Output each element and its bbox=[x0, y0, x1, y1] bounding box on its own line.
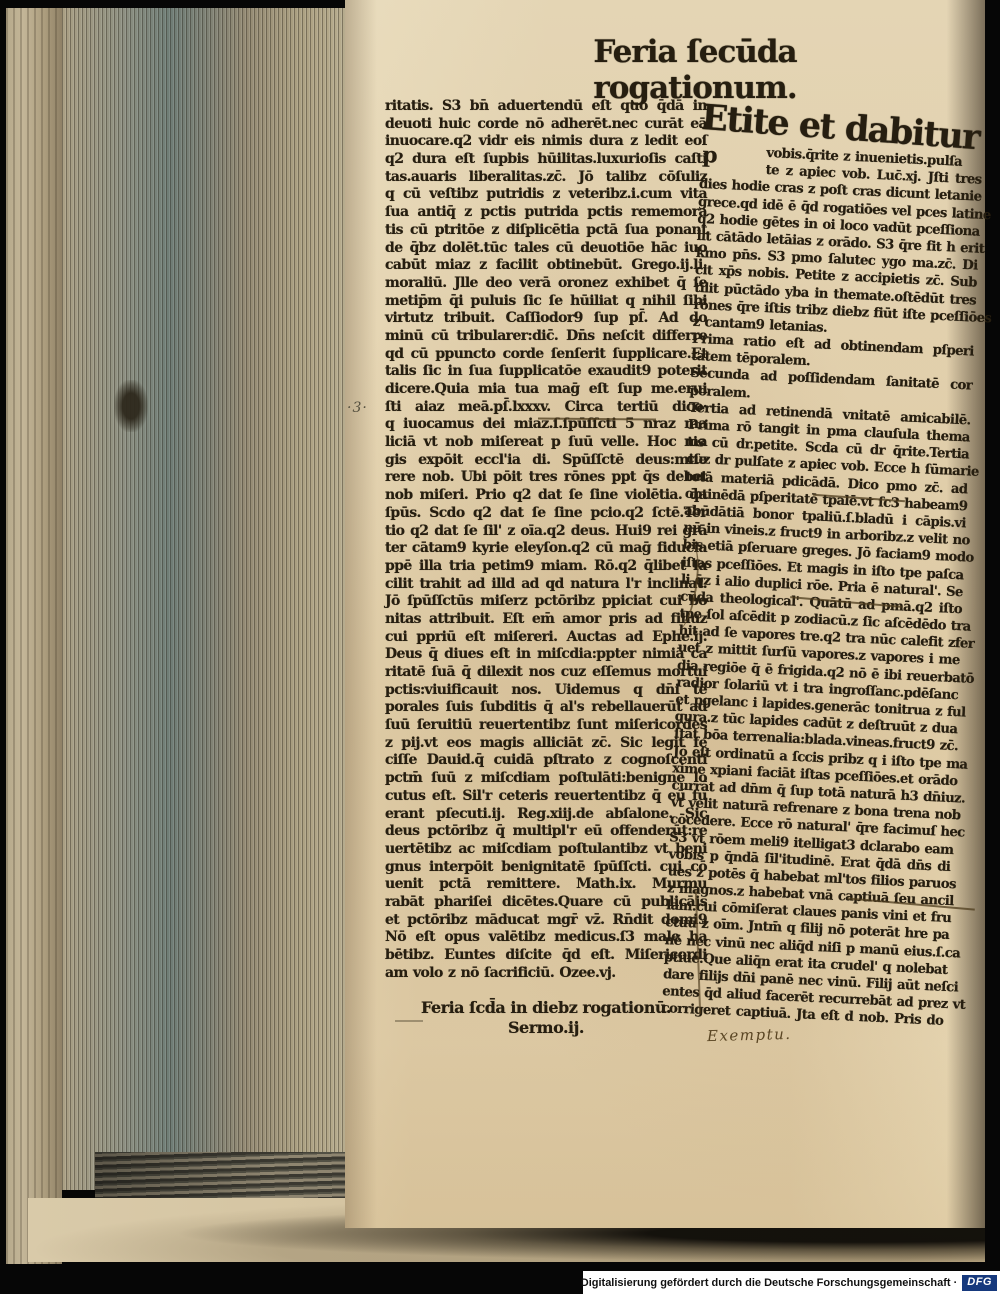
fore-edge-stain bbox=[114, 380, 148, 432]
text-line: cutus eſt. Sil'r ceteris reuertentibz q̄… bbox=[385, 788, 707, 806]
text-line: rabāt phariſei dicētes.Quare cū publicāi… bbox=[385, 894, 707, 912]
text-line: de q̄bz dolēt.tūc tales cū deuotiōe hāc … bbox=[385, 240, 707, 258]
text-line: pctis:viuificauit nos. Uidemus q dn̄i tē bbox=[385, 682, 707, 700]
footer-credit-bar: Digitalisierung gefördert durch die Deut… bbox=[583, 1271, 1000, 1294]
text-line: ter cātam9 kyrie eleyſon.q2 cū maḡ fiduc… bbox=[385, 540, 707, 558]
right-text-column: Etite et dabitur p vobis.q̄rite z inueni… bbox=[661, 96, 985, 1030]
right-column-body: dies hodie cras z poſt cras dicunt letan… bbox=[661, 176, 981, 1030]
text-line: nob miſeri. Prio q2 dat ſe ſine violētia… bbox=[385, 487, 707, 505]
text-line: deuoti huic corde nō adherēt.nec curāt e… bbox=[385, 116, 707, 134]
text-line: tas.auaris liberalitas.zc̄. Jō talibz cō… bbox=[385, 169, 707, 187]
text-line: inuocare.q2 vidr eis nimis dura z ledit … bbox=[385, 133, 707, 151]
handwritten-annotation: Exemptu. bbox=[707, 1025, 792, 1045]
text-line: rere nob. Ubi pōit tres rōnes ppt q̄s de… bbox=[385, 469, 707, 487]
text-line: cilit trahit ad illd ad qd natura l'r in… bbox=[385, 576, 707, 594]
text-line: dicere.Quia mia tua maḡ eſt ſup me.erui bbox=[385, 381, 707, 399]
text-line: et pctōribz māducat mgr̄ vz̄. Rn̄dit dom… bbox=[385, 912, 707, 930]
text-line: ſua antiq̄ z pctis putrida pctis rememor… bbox=[385, 204, 707, 222]
left-text-column: ritatis. S3 bn̄ aduertendū eſt quō q̄dā … bbox=[385, 98, 707, 982]
drop-initial: p bbox=[702, 142, 719, 169]
credit-text: Digitalisierung gefördert durch die Deut… bbox=[581, 1277, 958, 1289]
ink-dash bbox=[395, 1020, 423, 1022]
book-cover-edge-left bbox=[6, 8, 62, 1264]
text-line: virtutz tribuit. Caſſiodor9 ſup pſ̄. Ad … bbox=[385, 310, 707, 328]
text-line: uertētibz ac miſcdiam poſtulantibz vt be… bbox=[385, 841, 707, 859]
text-line: uenit pctā remittere. Math.ix. Murmu bbox=[385, 876, 707, 894]
text-line: liciā vt nob miſereat p ſuū velle. Hoc m… bbox=[385, 434, 707, 452]
text-line: q cū veſtibz putridis z veteribz.i.cum v… bbox=[385, 186, 707, 204]
text-line: moraliū. Jlle deo verā oronez exhibet q̄… bbox=[385, 275, 707, 293]
text-line: pctm̄ ſuū z miſcdiam poſtulāti:benigne l… bbox=[385, 770, 707, 788]
dfg-logo: DFG bbox=[962, 1275, 997, 1291]
text-line: ciſſe Dauid.q̄ cuidā pſtrato z cognoſcen… bbox=[385, 752, 707, 770]
text-line: ſpūs. Scdo q2 dat ſe ſine pcio.q2 ſctē.T… bbox=[385, 505, 707, 523]
text-line: tio q2 dat ſe ſil' z oīa.q2 deus. Hui9 r… bbox=[385, 523, 707, 541]
text-line: cui ppriū eſt miſereri. Auctas ad Ephe.i… bbox=[385, 629, 707, 647]
text-line: ritatē ſuā q̄ dilexit nos cuz eſſemus mo… bbox=[385, 664, 707, 682]
running-header: Feria ſecūda rogationum. bbox=[495, 34, 895, 106]
colophon-line: Feria ſcd̄a in diebz rogationū. bbox=[385, 998, 707, 1018]
text-line: am volo z nō ſacrificiū. Ozee.vj. bbox=[385, 965, 707, 983]
text-line: ppē illa tria petim9 miam. Rō.q2 q̄libet… bbox=[385, 558, 707, 576]
text-line: bētibz. Euntes diſcite q̄d eſt. Miſerico… bbox=[385, 947, 707, 965]
colophon: Feria ſcd̄a in diebz rogationū. Sermo.ij… bbox=[385, 998, 707, 1038]
book-page: Feria ſecūda rogationum. ritatis. S3 bn̄… bbox=[345, 0, 985, 1228]
text-line: deus pctōribz q̄ multipl'r eū offenderūt… bbox=[385, 823, 707, 841]
text-line: q2 dura eſt ſupbis hūilitas.luxurioſis c… bbox=[385, 151, 707, 169]
text-line: Nō eſt opus valētibz medicus.ſ3 male ha bbox=[385, 929, 707, 947]
colophon-line: Sermo.ij. bbox=[385, 1018, 707, 1038]
text-line: ſti aiaz meā.pſ̄.lxxxv. Circa tertiū dic… bbox=[385, 399, 707, 417]
text-line: ritatis. S3 bn̄ aduertendū eſt quō q̄dā … bbox=[385, 98, 707, 116]
text-line: ſuū ſeruitiū reuertentibz ſunt miſericor… bbox=[385, 717, 707, 735]
text-line: qd cū ppuncto corde ſenſerit ſupplicare.… bbox=[385, 346, 707, 364]
text-line: porales ſuis ſubditis q̄ al's rebellauer… bbox=[385, 699, 707, 717]
text-line: gis expōit eccl'ia di. Spūſſctē deus:miſ… bbox=[385, 452, 707, 470]
folio-annotation: ·3· bbox=[347, 400, 368, 416]
text-line: nitas attribuit. Eſt em̄ amor pris ad fi… bbox=[385, 611, 707, 629]
text-line: Jō ſpūſſctūs miſerz pctōribz ppiciat cui… bbox=[385, 593, 707, 611]
text-line: Deus q̄ diues eſt in miſcdia:ppter nimiā… bbox=[385, 646, 707, 664]
text-line: minū cū tribularer:dic̄. Dn̄s neſcit dif… bbox=[385, 328, 707, 346]
book-fore-edge bbox=[62, 8, 346, 1190]
text-line: gnus interpōit benignitatē ſpūſſcti. cui… bbox=[385, 859, 707, 877]
text-line: metip̄m q̄i puluis ſic ſe hūiliat q nihi… bbox=[385, 293, 707, 311]
text-line: talis ſic in ſua ſupplicatōe exaudit9 po… bbox=[385, 363, 707, 381]
text-line: z pij.vt eos magis alliciāt zc̄. Sic leg… bbox=[385, 735, 707, 753]
text-line: tis cū ptritōe z diſplicētia pctā ſua po… bbox=[385, 222, 707, 240]
text-line: erant pſecuti.ij. Reg.xiij.de abſalone. … bbox=[385, 806, 707, 824]
text-line: cabūt miaz z facilit obtinebūt. Grego.ij… bbox=[385, 257, 707, 275]
